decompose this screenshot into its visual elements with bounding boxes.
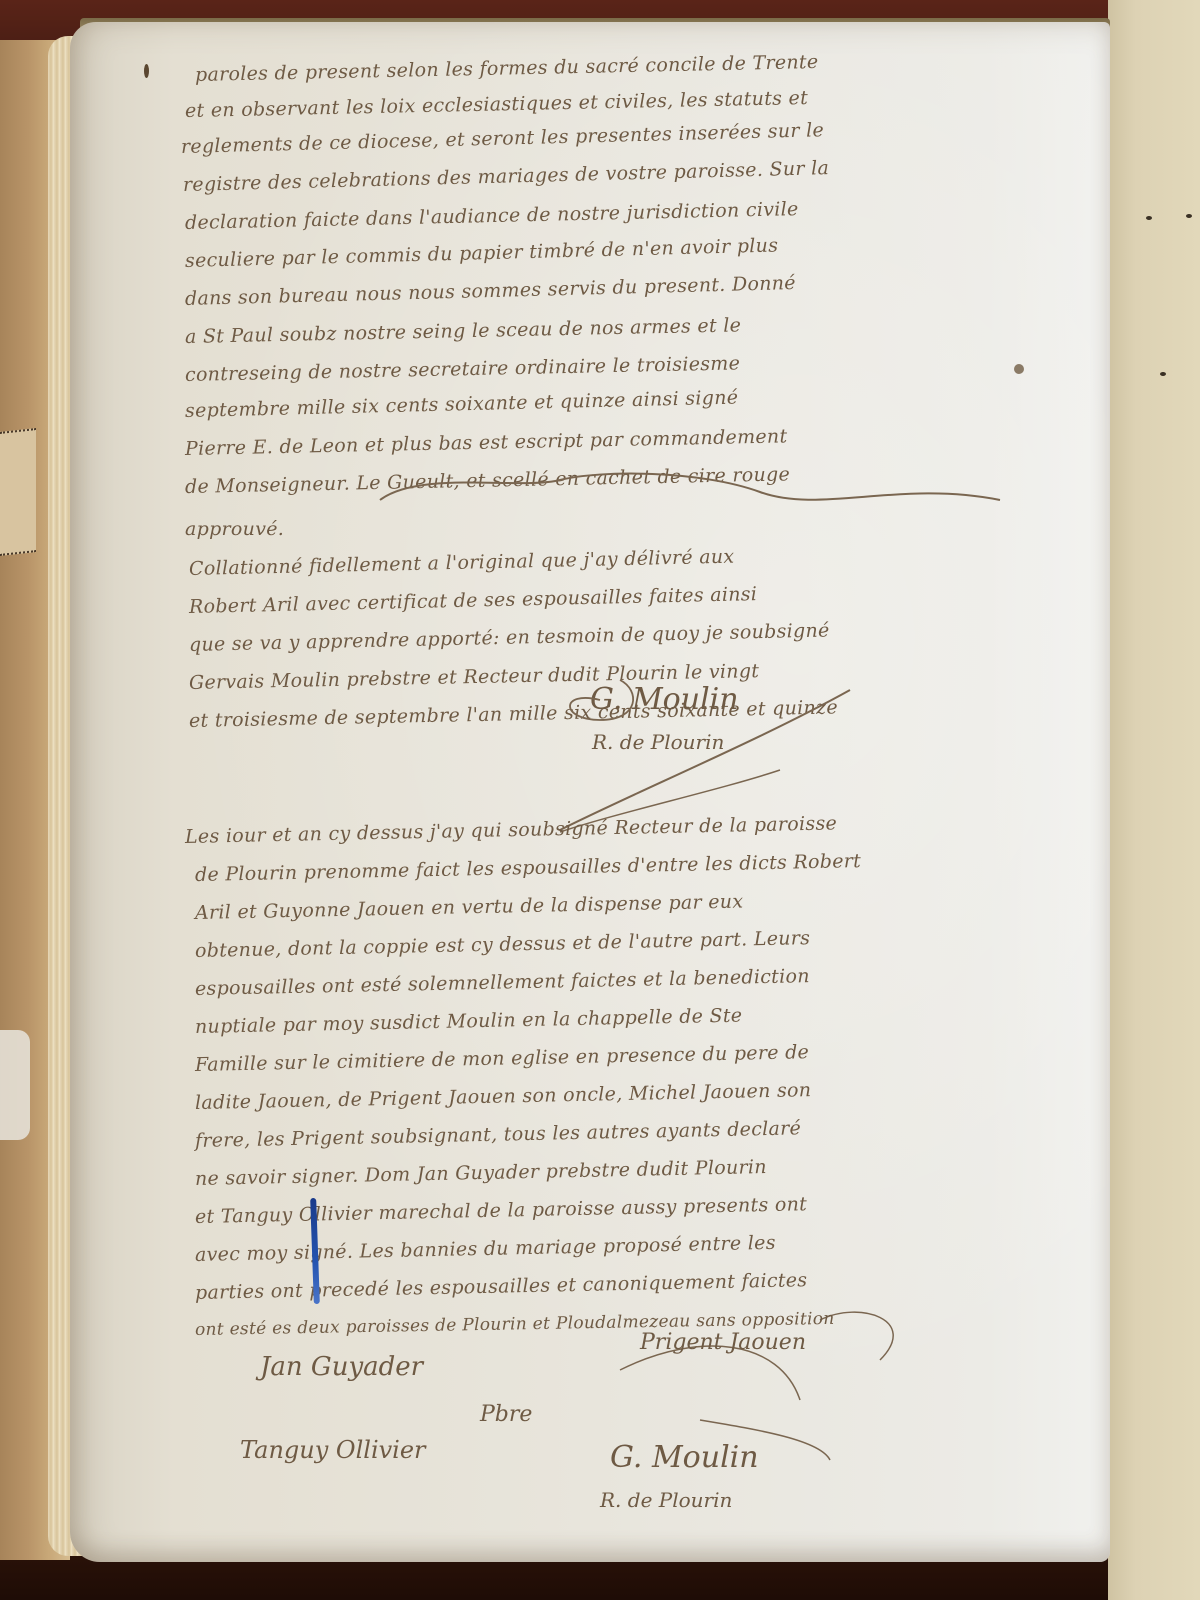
signature-moulin-2: G. Moulin [610,1440,759,1475]
signature-guyader: Jan Guyader [260,1352,423,1382]
photograph-scene: paroles de present selon les formes du s… [0,0,1200,1600]
pen-flourishes [0,0,1200,1600]
signature-ollivier: Tanguy Ollivier [240,1436,426,1464]
signature-guyader-title: Pbre [480,1402,532,1427]
signature-jaouen: Prigent Jaouen [640,1330,806,1355]
signature-moulin-2-title: R. de Plourin [600,1488,732,1512]
